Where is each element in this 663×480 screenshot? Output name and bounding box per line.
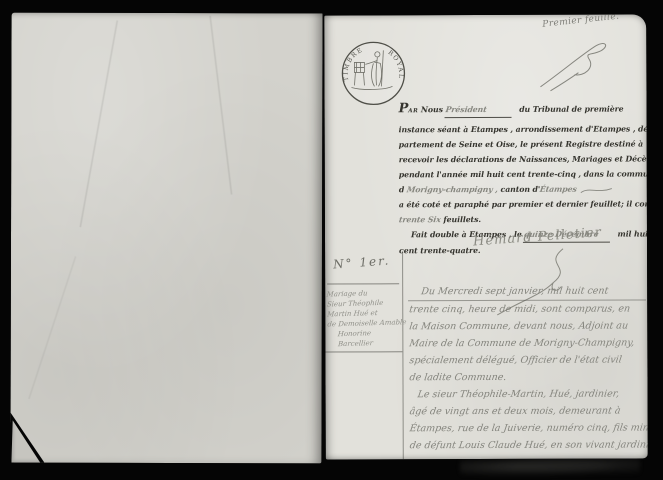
register-scan: Premier feuille. TIMBRE ROYAL (0, 0, 663, 480)
left-page (10, 13, 322, 464)
printed-line: instance séant à Etampes , arrondissemen… (399, 121, 645, 137)
paraph-flourish-icon (534, 33, 622, 95)
handwritten-act: Du Mercredi sept janvier, mil huit cent … (409, 282, 648, 454)
paper-crease (209, 16, 233, 195)
handwritten-canton: Étampes (539, 182, 578, 197)
paper-crease (79, 20, 119, 227)
printed-line: trente Six feuillets. (399, 211, 645, 227)
printed-line: recevoir les déclarations de Naissances,… (399, 151, 645, 167)
act-line: la Maison Commune, devant nous, Adjoint … (408, 317, 648, 335)
printed-line: PAR Nous Président du Tribunal de premiè… (399, 100, 645, 119)
margin-divider-rule (402, 251, 404, 459)
handwritten-president: Président (444, 102, 513, 118)
pen-swash-icon (580, 185, 614, 194)
margin-top-rule (327, 283, 399, 284)
handwritten-commune: Morigny-champigny , (406, 182, 499, 197)
printed-line: partement de Seine et Oise, le présent R… (399, 136, 645, 152)
printed-line: d Morigny-champigny , canton d'Étampes (399, 181, 645, 197)
act-line: de défunt Louis Claude Hué, en son vivan… (409, 436, 648, 454)
act-line: Du Mercredi sept janvier, mil huit cent (408, 282, 648, 301)
right-page: Premier feuille. TIMBRE ROYAL (324, 14, 648, 459)
margin-entry-number: N° 1er. (333, 253, 391, 271)
act-line: Maire de la Commune de Morigny-Champigny… (408, 334, 648, 352)
act-line: Le sieur Théophile-Martin, Hué, jardinie… (408, 385, 647, 403)
handwritten-folio-count: trente Six (398, 212, 442, 227)
margin-bottom-rule (325, 351, 402, 352)
margin-note-line: Barcellier (328, 337, 402, 349)
act-line: Étampes, rue de la Juiverie, numéro cinq… (409, 419, 648, 437)
printed-line: a été coté et paraphé par premier et der… (399, 196, 645, 212)
drop-initial: P (399, 101, 409, 116)
royal-stamp-icon: TIMBRE ROYAL (339, 39, 407, 107)
act-line: trente cinq, heure de midi, sont comparu… (408, 300, 648, 318)
printed-line: pendant l'année mil huit cent trente-cin… (399, 166, 645, 182)
folio-annotation: Premier feuille. (542, 14, 620, 29)
act-line: âgé de vingt ans et deux mois, demeurant… (408, 402, 647, 420)
paper-crease (27, 256, 77, 399)
act-line: spécialement délégué, Officier de l'état… (408, 351, 648, 369)
scan-reflection (460, 455, 640, 479)
act-line: de ladite Commune. (408, 368, 647, 386)
margin-note: Mariage du Sieur Théophile Martin Hué et… (326, 287, 401, 349)
